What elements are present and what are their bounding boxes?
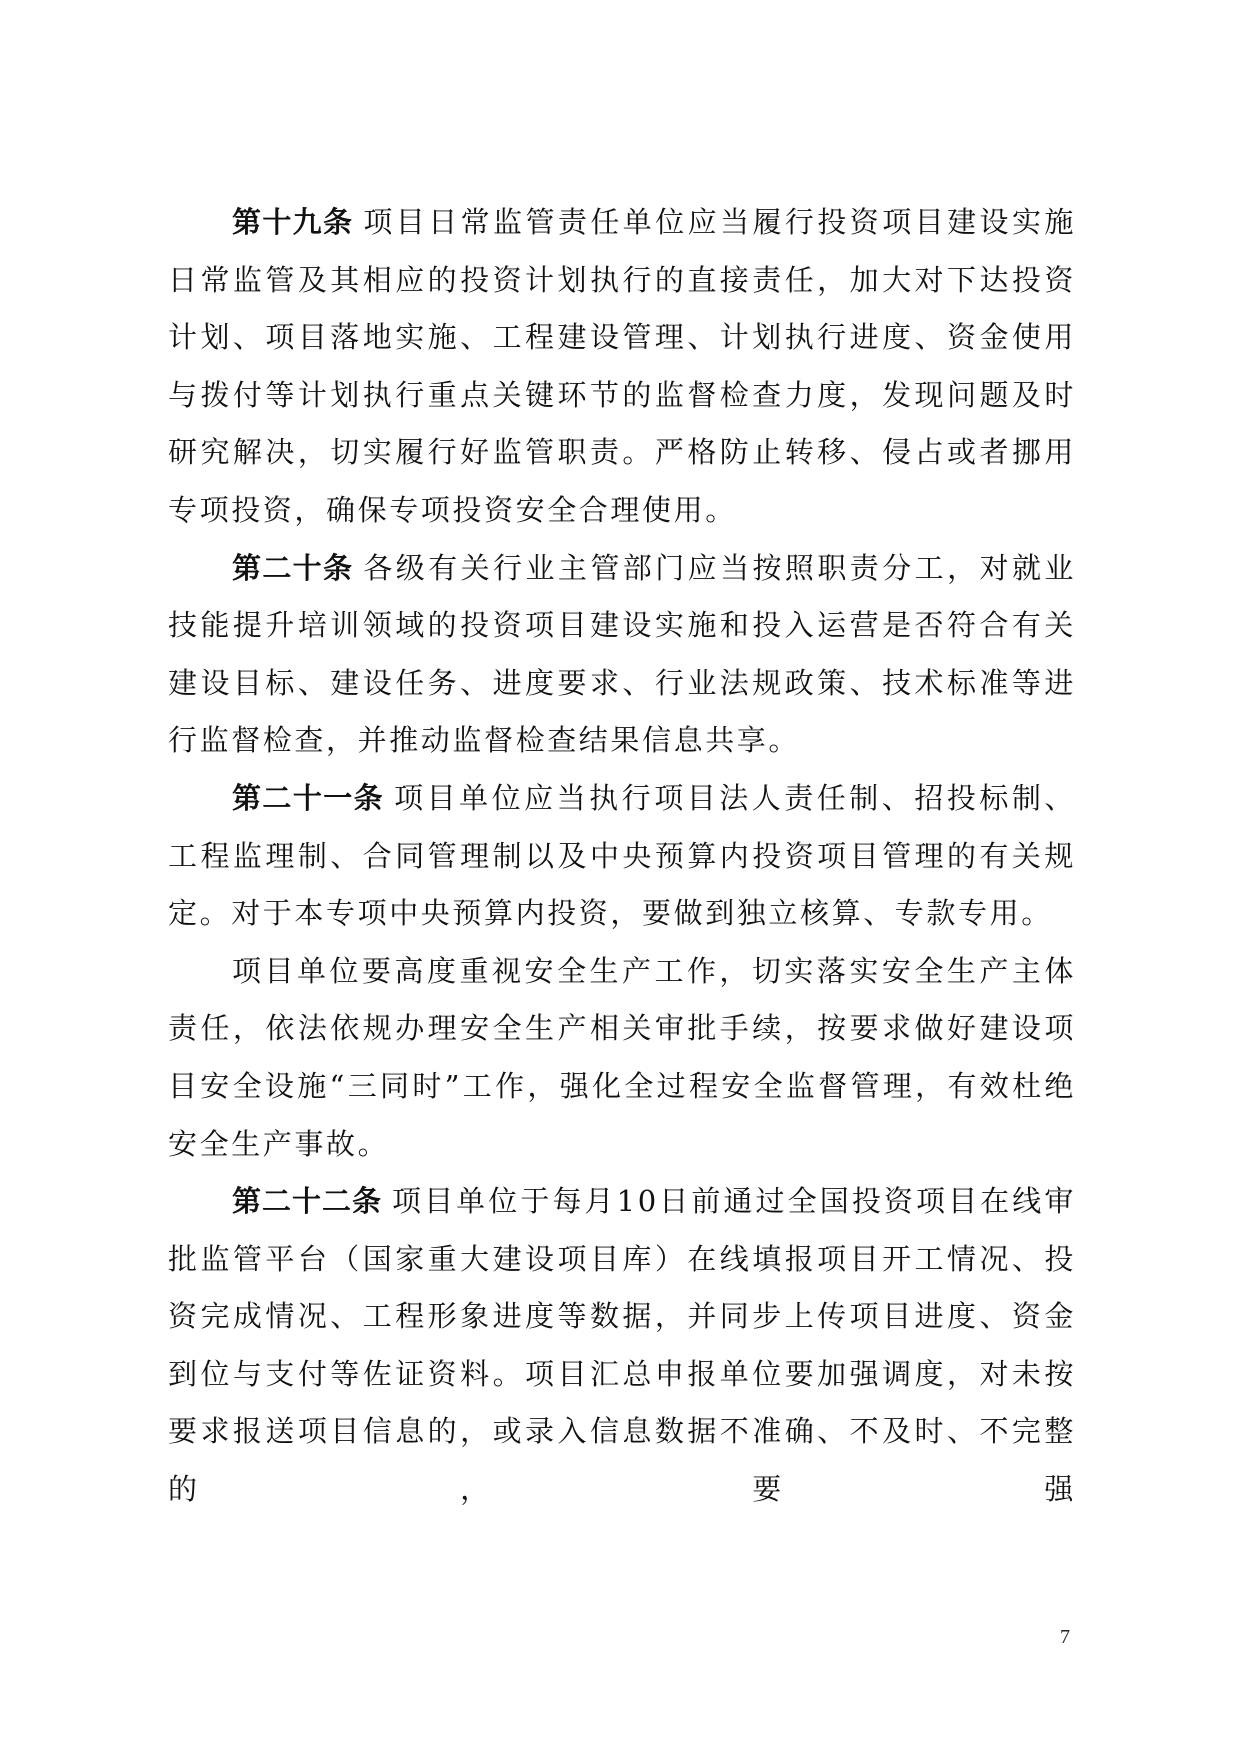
paragraph-text: 项目单位于每月10日前通过全国投资项目在线审批监管平台（国家重大建设项目库）在线… [168,1184,1076,1506]
paragraph-text: 项目日常监管责任单位应当履行投资项目建设实施日常监管及其相应的投资计划执行的直接… [168,205,1076,527]
document-page: 第十九条项目日常监管责任单位应当履行投资项目建设实施日常监管及其相应的投资计划执… [0,0,1241,1754]
page-number: 7 [1060,1626,1070,1649]
article-number: 第十九条 [232,205,353,239]
paragraph-article-21: 第二十一条项目单位应当执行项目法人责任制、招投标制、工程监理制、合同管理制以及中… [168,770,1076,943]
article-number: 第二十二条 [232,1184,382,1218]
article-number: 第二十一条 [232,781,384,815]
paragraph-article-22: 第二十二条项目单位于每月10日前通过全国投资项目在线审批监管平台（国家重大建设项… [168,1173,1076,1519]
article-number: 第二十条 [232,551,353,585]
paragraph-text: 项目单位要高度重视安全生产工作，切实落实安全生产主体责任，依法依规办理安全生产相… [168,954,1076,1161]
paragraph-article-19: 第十九条项目日常监管责任单位应当履行投资项目建设实施日常监管及其相应的投资计划执… [168,194,1076,540]
paragraph-safety-production: 项目单位要高度重视安全生产工作，切实落实安全生产主体责任，依法依规办理安全生产相… [168,943,1076,1173]
paragraph-article-20: 第二十条各级有关行业主管部门应当按照职责分工，对就业技能提升培训领域的投资项目建… [168,540,1076,770]
document-body: 第十九条项目日常监管责任单位应当履行投资项目建设实施日常监管及其相应的投资计划执… [168,194,1076,1519]
